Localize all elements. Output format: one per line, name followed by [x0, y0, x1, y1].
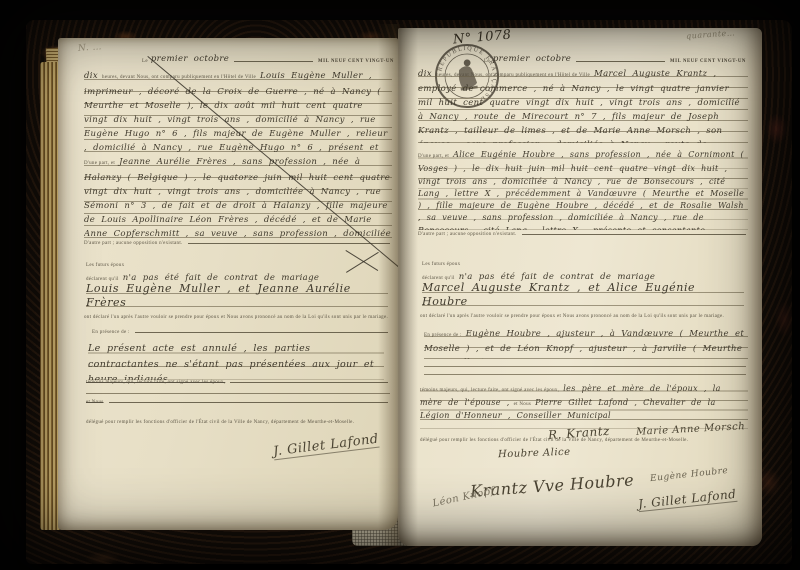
et-nous-line-struck: et Nous	[86, 400, 390, 405]
hand-witness-names: Eugène Houbre , ajusteur , à Vandœuvre (…	[424, 329, 744, 359]
printed-futurs-epoux: Les futurs époux	[422, 262, 460, 267]
left-page: N. … Le premier octobre MIL NEUF CENT VI…	[58, 38, 398, 530]
printed-une-part: D'une part, et	[84, 161, 115, 166]
printed-witnesses: témoins majeurs, qui, lecture faite, ont…	[420, 388, 559, 393]
printed-en-presence: En présence de :	[92, 330, 130, 335]
signature-officiant: J. Gillet Lafond	[637, 487, 737, 512]
marriage-pronouncement: ont déclaré l'un après l'autre vouloir s…	[84, 309, 392, 322]
signature-knopf: Léon Knopf	[432, 486, 496, 510]
rule-filler	[522, 233, 746, 235]
printed-une-part: D'une part, et	[418, 154, 449, 159]
hand-annulment: Le présent acte est annulé , les parties…	[88, 343, 374, 380]
officiant-signature: J. Gillet Lafond	[272, 432, 379, 461]
printed-en-presence: En présence de :	[424, 333, 462, 338]
printed-delegation: délégué pour remplir les fonctions d'off…	[86, 420, 354, 425]
corner-pencil-note: quarante…	[686, 28, 736, 40]
signing-parties-paragraph: témoins majeurs, qui, lecture faite, ont…	[420, 382, 748, 429]
signature-eugene-houbre: Eugène Houbre	[650, 466, 729, 484]
spouses-names-line: Marcel Auguste Krantz , et Alice Eugénie…	[422, 280, 744, 306]
presence-line: En présence de :	[92, 330, 390, 335]
printed-futurs-epoux: Les futurs époux	[86, 263, 124, 268]
marriage-pronouncement: ont déclaré l'un après l'autre vouloir s…	[420, 308, 748, 321]
no-opposition-line: D'autre part ; aucune opposition n'exist…	[84, 241, 392, 246]
groom-paragraph: dix heures, devant Nous, ont comparu pub…	[418, 66, 748, 143]
hand-hour: dix	[84, 71, 98, 81]
spouses-names-line: Louis Eugène Muller , et Jeanne Aurélie …	[86, 281, 388, 307]
rule-filler	[109, 401, 388, 403]
hand-groom-details: Louis Eugène Muller , imprimeur , décoré…	[84, 71, 388, 152]
printed-le: Le	[484, 59, 490, 64]
printed-year: MIL NEUF CENT VINGT-UN	[670, 59, 746, 64]
rule-filler	[135, 331, 388, 333]
printed-pronouncement: ont déclaré l'un après l'autre vouloir s…	[420, 314, 724, 319]
printed-pronouncement: ont déclaré l'un après l'autre vouloir s…	[84, 315, 388, 320]
blank-rule	[424, 366, 746, 367]
signature-houbre-bride: Houbre Alice	[498, 447, 571, 461]
printed-appearance: heures, devant Nous, ont comparu publiqu…	[102, 75, 256, 80]
officer-delegation: délégué pour remplir les fonctions d'off…	[86, 414, 392, 428]
bride-paragraph: D'une part, et Jeanne Aurélie Frères , s…	[84, 154, 392, 238]
hand-bride-details: Jeanne Aurélie Frères , sans profession …	[84, 157, 391, 238]
witnesses-line-struck: témoins majeurs, qui, lecture faite, ont…	[86, 380, 390, 385]
hand-hour: dix	[418, 69, 432, 79]
register-scan: N. … Le premier octobre MIL NEUF CENT VI…	[0, 0, 800, 570]
printed-witnesses-struck: témoins majeurs, qui, lecture faite, ont…	[86, 380, 225, 385]
printed-et-nous: et Nous	[514, 402, 532, 407]
date-line: Le premier octobre MIL NEUF CENT VINGT-U…	[484, 54, 746, 64]
presence-witnesses: En présence de : Eugène Houbre , ajusteu…	[424, 326, 748, 359]
pencil-annotation: N. …	[78, 42, 103, 54]
printed-le: Le	[142, 59, 148, 64]
page-deck-left-edge	[40, 62, 60, 530]
handwritten-date: premier octobre	[493, 54, 571, 64]
printed-appearance: heures, devant Nous, ont comparu publiqu…	[436, 73, 590, 78]
hand-bride-details: Alice Eugénie Houbre , sans profession ,…	[418, 150, 744, 230]
hand-groom-details: Marcel Auguste Krantz , employé de comme…	[418, 69, 740, 143]
groom-paragraph: dix heures, devant Nous, ont comparu pub…	[84, 68, 392, 152]
printed-year: MIL NEUF CENT VINGT-UN	[318, 59, 394, 64]
date-line: Le premier octobre MIL NEUF CENT VINGT-U…	[142, 54, 394, 64]
bride-paragraph: D'une part, et Alice Eugénie Houbre , sa…	[418, 148, 748, 230]
rule-filler	[230, 381, 388, 383]
right-page: quarante… N° 1078 RÉPUBLIQUE FRANÇAISE L…	[398, 28, 762, 546]
handwritten-date: premier octobre	[151, 54, 229, 64]
annulment-note: Le présent acte est annulé , les parties…	[88, 340, 384, 380]
no-opposition-line: D'autre part ; aucune opposition n'exist…	[418, 232, 748, 237]
rule-filler	[234, 60, 313, 62]
printed-et-nous-struck: et Nous	[86, 400, 104, 405]
hand-spouses-names: Marcel Auguste Krantz , et Alice Eugénie…	[422, 281, 695, 306]
rule-filler	[576, 60, 665, 62]
printed-autre-part: D'autre part ; aucune opposition n'exist…	[84, 241, 183, 246]
blank-rule	[424, 374, 746, 375]
hand-spouses-names: Louis Eugène Muller , et Jeanne Aurélie …	[86, 282, 351, 307]
printed-autre-part: D'autre part ; aucune opposition n'exist…	[418, 232, 517, 237]
rule-filler	[188, 242, 390, 244]
blank-rule	[86, 393, 390, 394]
